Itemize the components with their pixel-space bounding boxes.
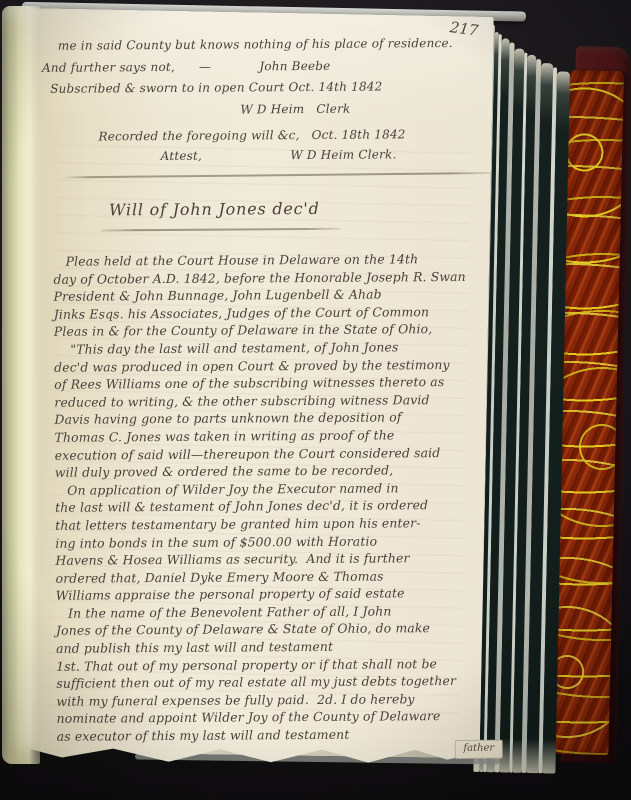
previous-record-line: And further says not, — John Beebe [42, 59, 331, 75]
manuscript-line: day of October A.D. 1842, before the Hon… [53, 267, 485, 288]
attest-signature: Attest, W D Heim Clerk. [161, 147, 397, 163]
record-heading: Will of John Jones dec'd [109, 199, 320, 219]
previous-record-line: Recorded the foregoing will &c, Oct. 18t… [98, 127, 405, 143]
page-number: 217 [449, 18, 480, 40]
manuscript-line: nominate and appoint Wilder Joy of the C… [57, 707, 489, 728]
manuscript-line: Pleas in & for the County of Delaware in… [54, 320, 486, 341]
manuscript-line: execution of said will—thereupon the Cou… [55, 443, 487, 464]
record-book-page: 217 me in said County but knows nothing … [16, 8, 494, 771]
sleeve-edge-left [2, 6, 40, 764]
photo-scene: 217 me in said County but knows nothing … [0, 0, 631, 800]
manuscript-line: Jones of the County of Delaware & State … [56, 619, 488, 640]
manuscript-line: the last will & testament of John Jones … [55, 496, 487, 517]
section-divider-rule [63, 172, 493, 179]
record-body: Pleas held at the Court House in Delawar… [53, 250, 488, 746]
manuscript-text-layer: 217 me in said County but knows nothing … [22, 6, 491, 763]
manuscript-line: reduced to writing, & the other subscrib… [54, 391, 486, 412]
catchword-patch: father [455, 740, 503, 759]
previous-record-line: me in said County but knows nothing of h… [58, 36, 453, 53]
manuscript-line: sufficient then out of my real estate al… [56, 672, 488, 693]
heading-underline [101, 228, 341, 232]
manuscript-line: as executor of this my last will and tes… [57, 725, 489, 746]
previous-record-line: Subscribed & sworn to in open Court Oct.… [50, 79, 382, 95]
clerk-signature: W D Heim Clerk [240, 102, 350, 117]
